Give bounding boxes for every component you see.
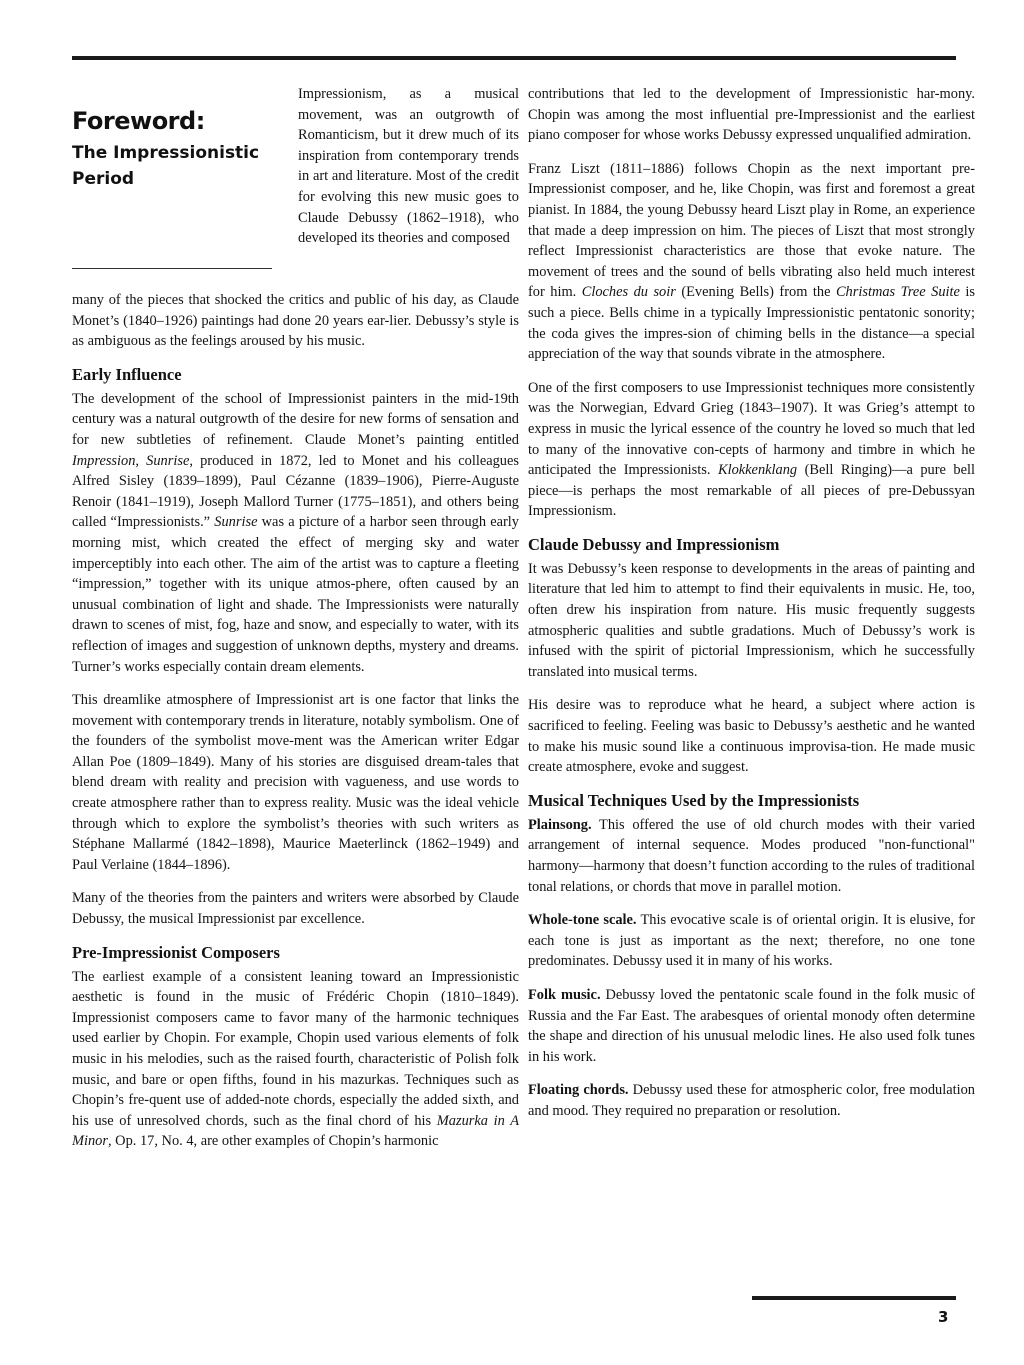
paragraph: His desire was to reproduce what he hear…: [528, 695, 975, 777]
technique-item: Folk music. Debussy loved the pentatonic…: [528, 985, 975, 1067]
chapter-heading: Foreword: The Impressionistic Period: [72, 106, 272, 192]
intro-paragraph-continued: many of the pieces that shocked the crit…: [72, 290, 519, 352]
paragraph: One of the first composers to use Impres…: [528, 378, 975, 522]
section-heading-debussy: Claude Debussy and Impressionism: [528, 535, 975, 555]
technique-item: Plainsong. This offered the use of old c…: [528, 815, 975, 897]
paragraph: Many of the theories from the painters a…: [72, 888, 519, 929]
section-heading-early-influence: Early Influence: [72, 365, 519, 385]
paragraph: Franz Liszt (1811–1886) follows Chopin a…: [528, 159, 975, 365]
heading-underline: [72, 268, 272, 269]
left-column: Foreword: The Impressionistic Period Imp…: [72, 84, 519, 1165]
page-subtitle: The Impressionistic Period: [72, 140, 272, 192]
technique-item: Floating chords. Debussy used these for …: [528, 1080, 975, 1121]
intro-paragraph-start: Impressionism, as a musical movement, wa…: [298, 84, 519, 249]
top-rule: [72, 56, 956, 60]
page-title: Foreword:: [72, 106, 272, 136]
technique-item: Whole-tone scale. This evocative scale i…: [528, 910, 975, 972]
section-heading-techniques: Musical Techniques Used by the Impressio…: [528, 791, 975, 811]
paragraph: The development of the school of Impress…: [72, 389, 519, 677]
paragraph: This dreamlike atmosphere of Impressioni…: [72, 690, 519, 875]
footer-rule: [752, 1296, 956, 1300]
paragraph: contributions that led to the developmen…: [528, 84, 975, 146]
section-heading-pre-impressionist: Pre-Impressionist Composers: [72, 943, 519, 963]
paragraph: It was Debussy’s keen response to develo…: [528, 559, 975, 683]
page-number: 3: [938, 1308, 948, 1326]
header-block: Foreword: The Impressionistic Period Imp…: [72, 84, 519, 290]
right-column: contributions that led to the developmen…: [528, 84, 975, 1135]
paragraph: The earliest example of a consistent lea…: [72, 967, 519, 1152]
